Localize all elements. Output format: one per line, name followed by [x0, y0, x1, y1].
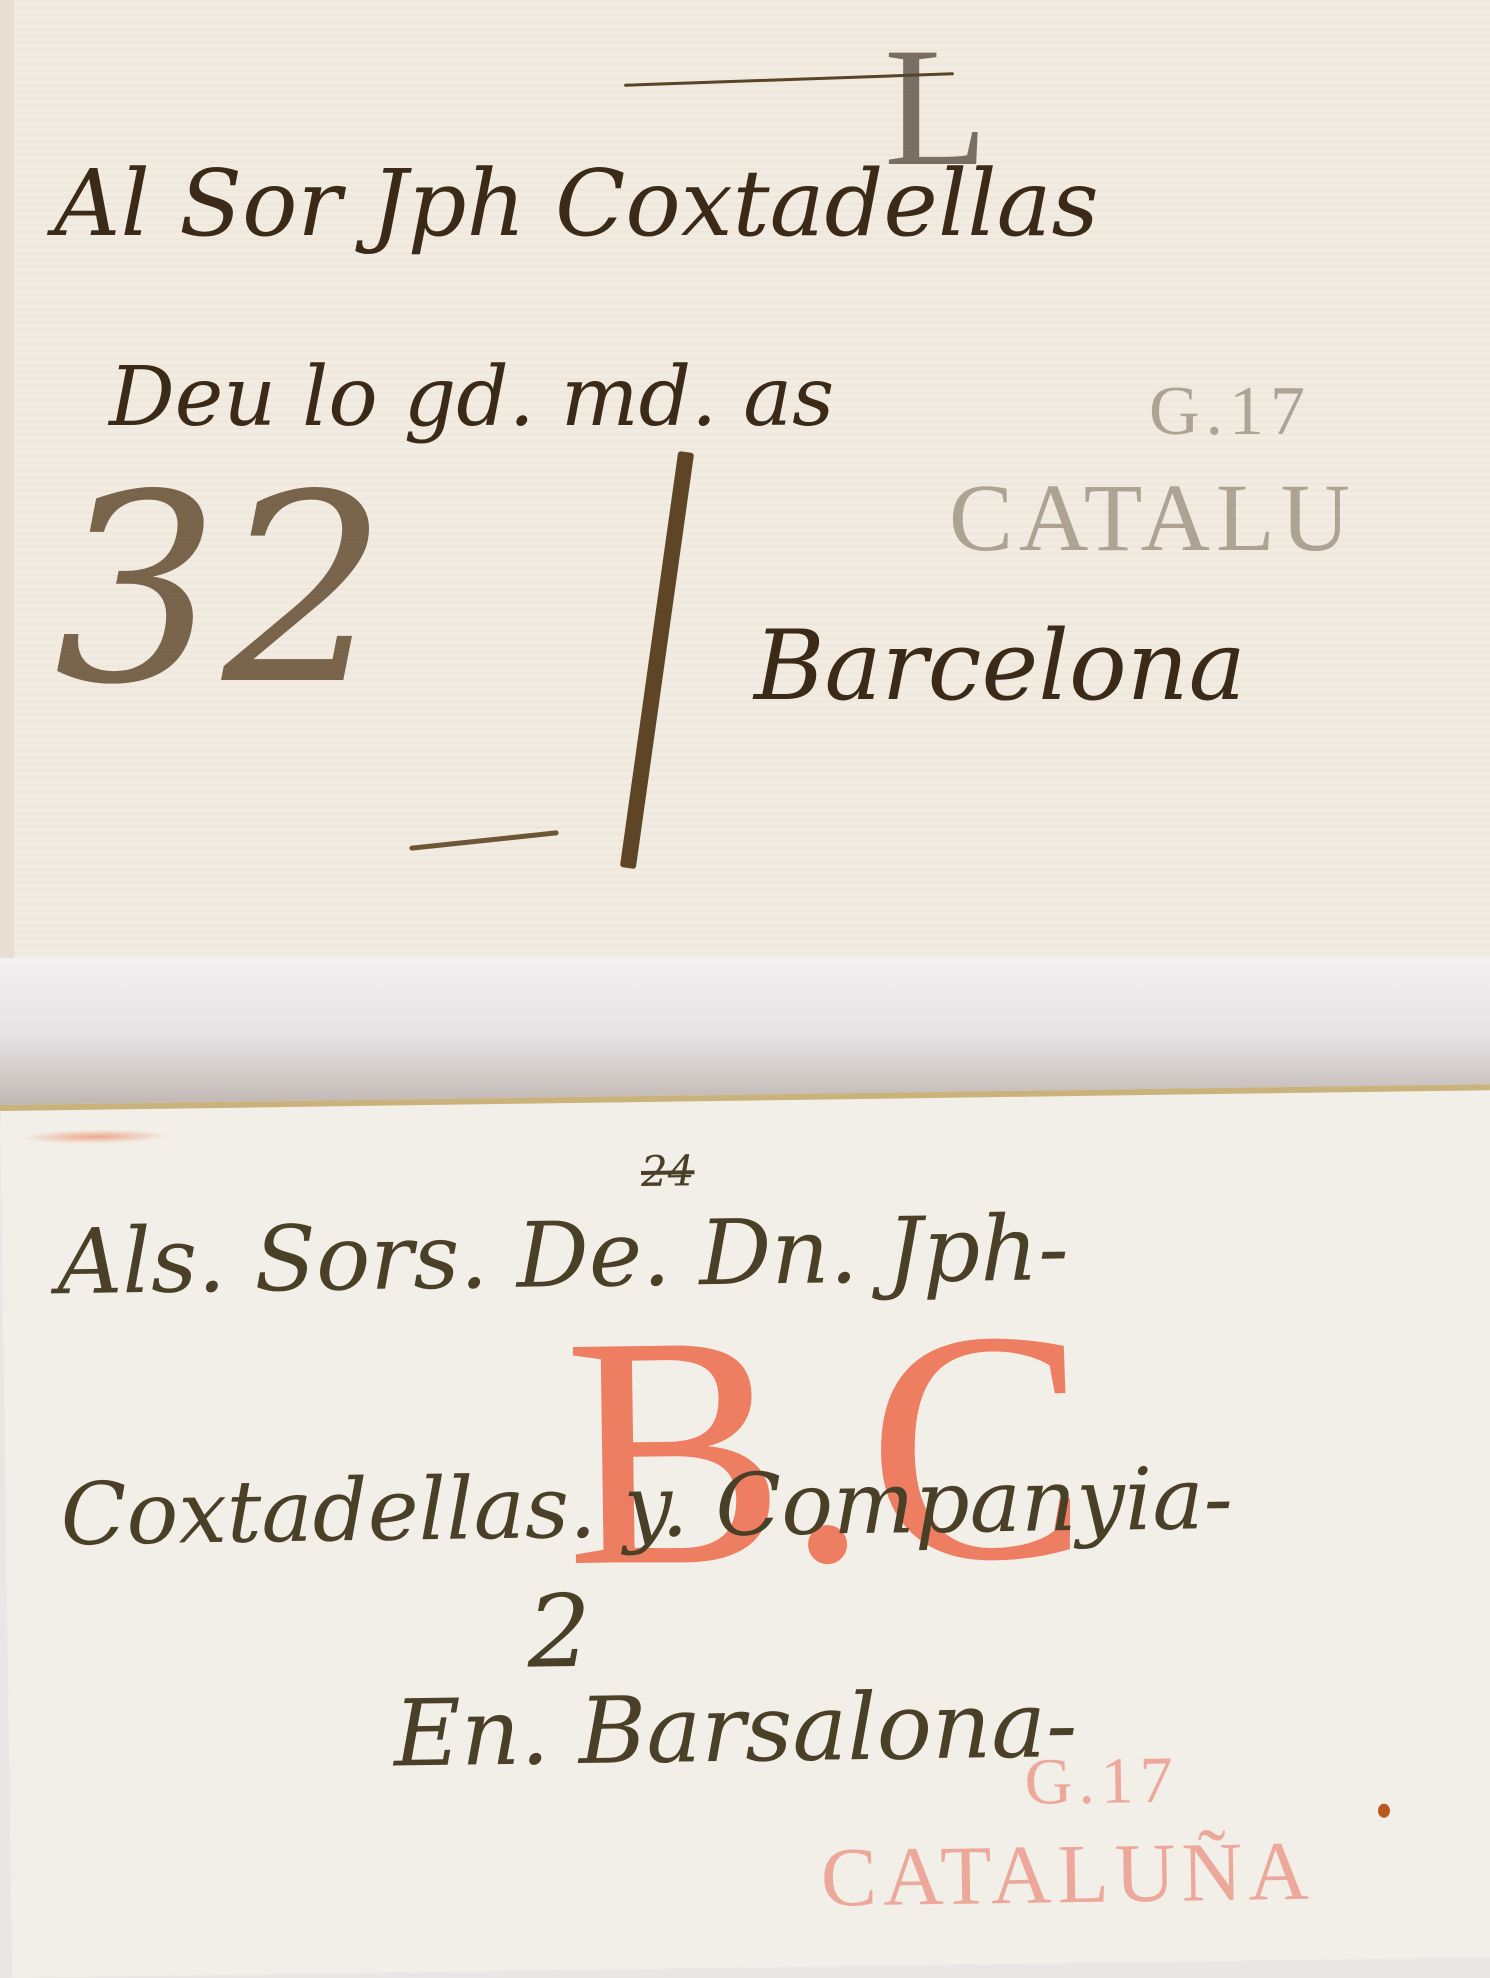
address-line-1: Al Sor Jph Coxtadellas — [54, 150, 1099, 257]
rate-mark: 3 2 — [54, 440, 348, 742]
numeral-2: 2 — [527, 1573, 592, 1691]
stamp-line-1: G.17 — [1149, 372, 1311, 452]
stamp-line-2: CATALU — [949, 462, 1356, 573]
red-bc-mark: B.C — [562, 1256, 1090, 1642]
address-line-1: Als. Sors. De. Dn. Jph- — [56, 1196, 1069, 1315]
underline-stroke — [409, 830, 559, 851]
address-line-2: Coxtadellas. y. Companyia- — [60, 1449, 1233, 1565]
stamp-line-1: G.17 — [1024, 1743, 1179, 1821]
letter-top: L Al Sor Jph Coxtadellas Deu lo gd. md. … — [0, 0, 1490, 958]
ink-dot — [1378, 1804, 1390, 1818]
vertical-stroke — [620, 451, 694, 869]
address-line-3: Barcelona — [754, 610, 1246, 722]
red-smudge — [20, 1129, 170, 1145]
stamp-line-2: CATALUÑA — [820, 1823, 1315, 1927]
address-line-3: En. Barsalona- — [393, 1671, 1078, 1788]
small-mark: 24 — [641, 1146, 695, 1196]
letter-bottom: 24 B.C Als. Sors. De. Dn. Jph- Coxtadell… — [0, 1084, 1490, 1978]
address-line-2: Deu lo gd. md. as — [109, 350, 834, 445]
